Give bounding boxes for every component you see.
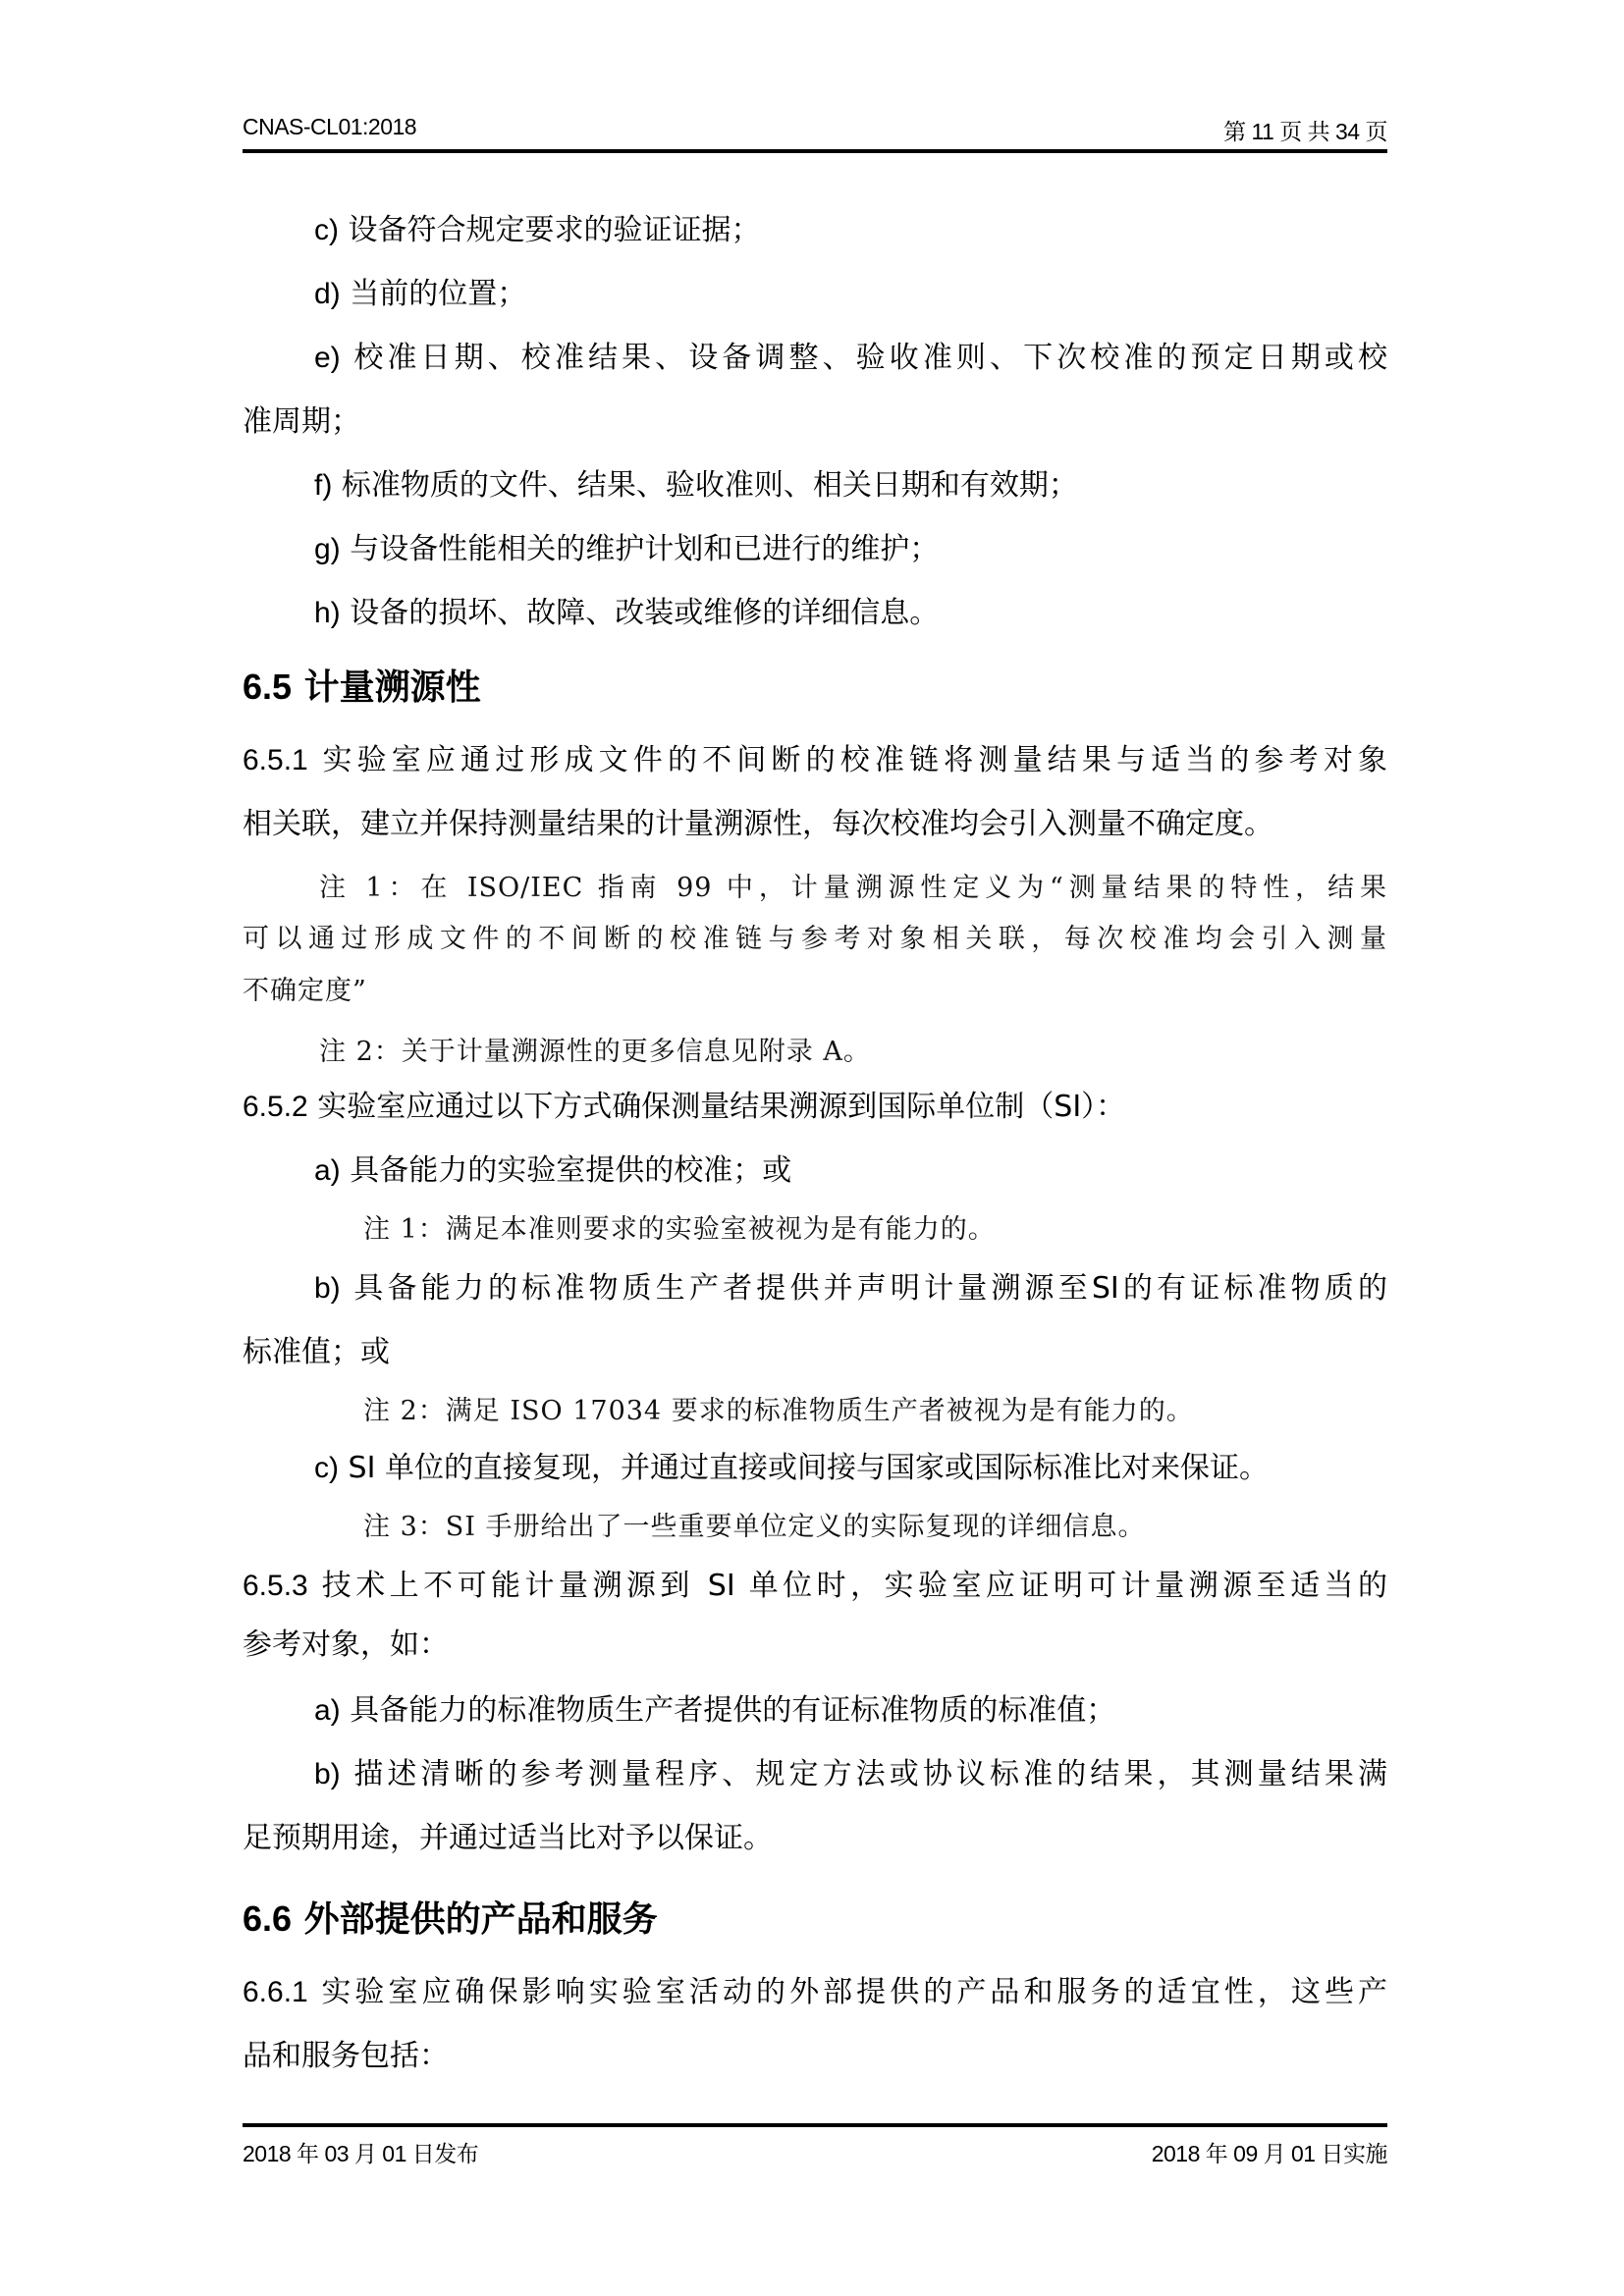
- list-item-6-5-3-b: b) 描述清晰的参考测量程序、规定方法或协议标准的结果，其测量结果满: [314, 1755, 1387, 1794]
- list-item-6-5-3-b-line2: 足预期用途，并通过适当比对予以保证。: [243, 1819, 1387, 1858]
- note-6-5-2-b: 注 2：满足 ISO 17034 要求的标准物质生产者被视为是有能力的。: [363, 1392, 1387, 1431]
- list-item-g: g) 与设备性能相关的维护计划和已进行的维护；: [314, 530, 1387, 569]
- paragraph-6-5-1-line2: 相关联，建立并保持测量结果的计量溯源性，每次校准均会引入测量不确定度。: [243, 805, 1387, 844]
- section-heading-6-6: 6.6 外部提供的产品和服务: [243, 1896, 1387, 1943]
- list-item-h: h) 设备的损坏、故障、改装或维修的详细信息。: [314, 594, 1387, 633]
- note-6-5-2-c: 注 3：SI 手册给出了一些重要单位定义的实际复现的详细信息。: [363, 1508, 1387, 1547]
- section-heading-6-5: 6.5 计量溯源性: [243, 665, 1387, 711]
- note-6-5-1-1-line3: 不确定度”: [243, 972, 1387, 1011]
- list-item-6-5-2-b-line2: 标准值；或: [243, 1333, 1387, 1372]
- list-item-6-5-2-b: b) 具备能力的标准物质生产者提供并声明计量溯源至SI的有证标准物质的: [314, 1269, 1387, 1308]
- list-item-e-cont: 准周期；: [243, 402, 1387, 442]
- footer-rule: [243, 2123, 1387, 2127]
- list-item-6-5-2-a: a) 具备能力的实验室提供的校准；或: [314, 1151, 1387, 1191]
- list-item-c: c) 设备符合规定要求的验证证据；: [314, 211, 1387, 250]
- list-item-e: e) 校准日期、校准结果、设备调整、验收准则、下次校准的预定日期或校: [314, 339, 1387, 378]
- header-doc-code: CNAS-CL01:2018: [243, 114, 416, 140]
- header-rule: [243, 149, 1387, 153]
- header-page-info: 第 11 页 共 34 页: [1223, 114, 1387, 146]
- list-item-6-5-2-c: c) SI 单位的直接复现，并通过直接或间接与国家或国际标准比对来保证。: [314, 1449, 1387, 1488]
- note-6-5-2-a: 注 1：满足本准则要求的实验室被视为是有能力的。: [363, 1210, 1387, 1250]
- footer-effective-date: 2018 年 09 月 01 日实施: [1152, 2136, 1387, 2168]
- paragraph-6-6-1: 6.6.1 实验室应确保影响实验室活动的外部提供的产品和服务的适宜性，这些产: [243, 1973, 1387, 2012]
- paragraph-6-6-1-line2: 品和服务包括：: [243, 2037, 1387, 2076]
- paragraph-6-5-1: 6.5.1 实验室应通过形成文件的不间断的校准链将测量结果与适当的参考对象: [243, 741, 1387, 780]
- paragraph-6-5-3: 6.5.3 技术上不可能计量溯源到 SI 单位时，实验室应证明可计量溯源至适当的: [243, 1567, 1387, 1606]
- list-item-f: f) 标准物质的文件、结果、验收准则、相关日期和有效期；: [314, 466, 1387, 506]
- list-item-6-5-3-a: a) 具备能力的标准物质生产者提供的有证标准物质的标准值；: [314, 1691, 1387, 1731]
- list-item-d: d) 当前的位置；: [314, 275, 1387, 314]
- paragraph-6-5-2: 6.5.2 实验室应通过以下方式确保测量结果溯源到国际单位制（SI）：: [243, 1088, 1387, 1127]
- document-page: CNAS-CL01:2018 第 11 页 共 34 页 c) 设备符合规定要求…: [0, 0, 1624, 2296]
- paragraph-6-5-3-line2: 参考对象，如：: [243, 1626, 1387, 1665]
- note-6-5-1-1-line2: 可以通过形成文件的不间断的校准链与参考对象相关联，每次校准均会引入测量: [243, 920, 1387, 959]
- note-6-5-1-1: 注 1：在 ISO/IEC 指南 99 中，计量溯源性定义为“测量结果的特性，结…: [319, 869, 1387, 908]
- note-6-5-1-2: 注 2：关于计量溯源性的更多信息见附录 A。: [319, 1033, 1387, 1072]
- footer-published-date: 2018 年 03 月 01 日发布: [243, 2136, 478, 2168]
